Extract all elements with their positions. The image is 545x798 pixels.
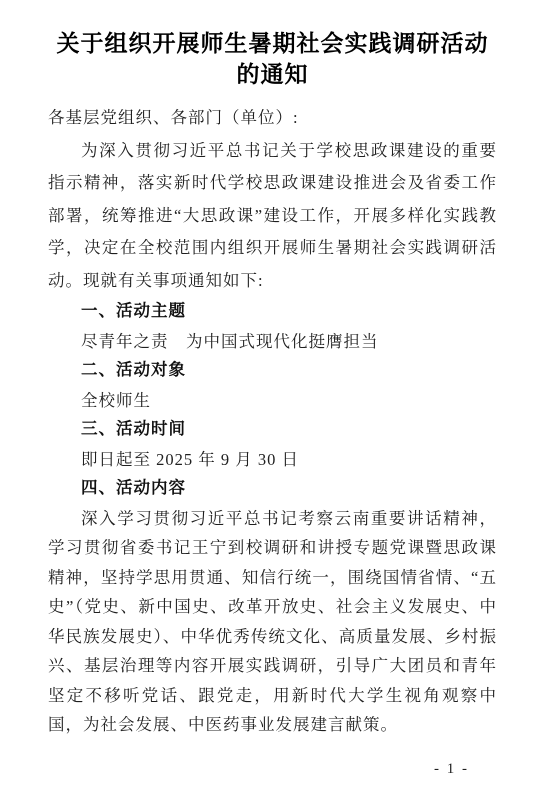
document-title: 关于组织开展师生暑期社会实践调研活动 的通知 (48, 28, 497, 90)
intro-paragraph: 为深入贯彻习近平总书记关于学校思政课建设的重要指示精神，落实新时代学校思政课建设… (48, 135, 497, 298)
section-activity-time: 三、活动时间 即日起至 2025 年 9 月 30 日 (48, 415, 497, 474)
section-body-3: 即日起至 2025 年 9 月 30 日 (48, 445, 497, 475)
document-title-line-2: 的通知 (48, 59, 497, 90)
section-body-4: 深入学习贯彻习近平总书记考察云南重要讲话精神，学习贯彻省委书记王宁到校调研和讲授… (48, 504, 497, 740)
document-page: 关于组织开展师生暑期社会实践调研活动 的通知 各基层党组织、各部门（单位）: 为… (0, 0, 545, 798)
document-title-line-1: 关于组织开展师生暑期社会实践调研活动 (48, 28, 497, 59)
section-body-2: 全校师生 (48, 386, 497, 416)
section-body-1: 尽青年之责 为中国式现代化挺膺担当 (48, 327, 497, 357)
page-number: - 1 - (434, 761, 469, 778)
salutation: 各基层党组织、各部门（单位）: (48, 102, 497, 135)
section-heading-3: 三、活动时间 (48, 415, 497, 445)
section-activity-audience: 二、活动对象 全校师生 (48, 356, 497, 415)
section-heading-2: 二、活动对象 (48, 356, 497, 386)
section-heading-4: 四、活动内容 (48, 474, 497, 504)
section-heading-1: 一、活动主题 (48, 297, 497, 327)
section-activity-theme: 一、活动主题 尽青年之责 为中国式现代化挺膺担当 (48, 297, 497, 356)
section-activity-content: 四、活动内容 深入学习贯彻习近平总书记考察云南重要讲话精神，学习贯彻省委书记王宁… (48, 474, 497, 740)
